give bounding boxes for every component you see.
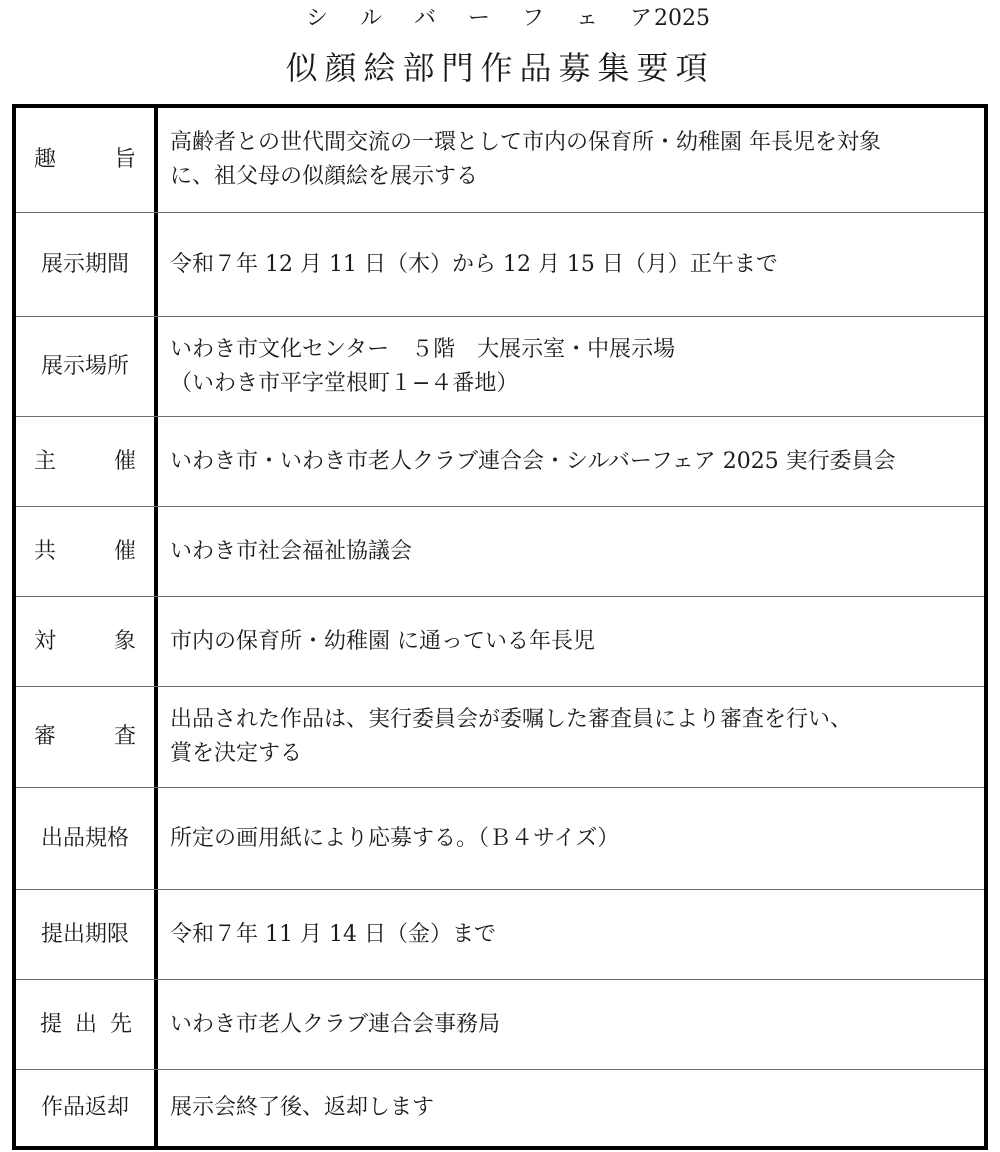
- row-content-line: いわき市社会福祉協議会: [170, 535, 412, 569]
- row-label: 審 査: [16, 687, 158, 787]
- row-content: いわき市老人クラブ連合会事務局: [158, 980, 984, 1069]
- row-content-line: 令和７年 12 月 11 日（木）から 12 月 15 日（月）正午まで: [170, 248, 778, 282]
- row-label-char: 趣: [34, 144, 56, 176]
- table-row-organizer: 主 催 いわき市・いわき市老人クラブ連合会・シルバーフェア 2025 実行委員会: [16, 416, 984, 506]
- subtitle-char: バ: [414, 4, 436, 34]
- table-row-exhibition-period: 展示期間 令和７年 12 月 11 日（木）から 12 月 15 日（月）正午ま…: [16, 212, 984, 316]
- row-content-line: に、祖父母の似顔絵を展示する: [170, 160, 881, 194]
- row-content-line: （いわき市平字堂根町１−４番地）: [170, 367, 675, 401]
- page-title: 似顔絵部門作品募集要項: [0, 46, 1000, 90]
- row-content: 高齢者との世代間交流の一環として市内の保育所・幼稚園 年長児を対象 に、祖父母の…: [158, 108, 984, 212]
- row-label-char: 査: [114, 721, 136, 753]
- row-content-line: いわき市老人クラブ連合会事務局: [170, 1008, 500, 1042]
- table-row-judging: 審 査 出品された作品は、実行委員会が委嘱した審査員により審査を行い、 賞を決定…: [16, 686, 984, 787]
- row-content-line: いわき市・いわき市老人クラブ連合会・シルバーフェア 2025 実行委員会: [170, 445, 896, 479]
- row-label-char: 旨: [114, 144, 136, 176]
- row-content: 所定の画用紙により応募する。（Ｂ４サイズ）: [158, 788, 984, 889]
- table-row-entry-specs: 出品規格 所定の画用紙により応募する。（Ｂ４サイズ）: [16, 787, 984, 889]
- row-label-char: 催: [114, 536, 136, 568]
- row-label-char: 主: [34, 446, 56, 478]
- row-content: 展示会終了後、返却します: [158, 1070, 984, 1146]
- table-row-co-organizer: 共 催 いわき市社会福祉協議会: [16, 506, 984, 596]
- subtitle-char: シ: [306, 4, 328, 34]
- row-label-char: 共: [34, 536, 56, 568]
- event-subtitle: シルバーフェア2025: [0, 4, 1000, 34]
- row-content-line: 市内の保育所・幼稚園 に通っている年長児: [170, 625, 595, 659]
- row-content: いわき市社会福祉協議会: [158, 507, 984, 596]
- row-content: 令和７年 12 月 11 日（木）から 12 月 15 日（月）正午まで: [158, 213, 984, 316]
- row-label: 提出期限: [16, 890, 158, 979]
- row-content-line: 出品された作品は、実行委員会が委嘱した審査員により審査を行い、: [170, 703, 852, 737]
- subtitle-char: フ: [522, 4, 544, 34]
- row-label: 対 象: [16, 597, 158, 686]
- table-row-deadline: 提出期限 令和７年 11 月 14 日（金）まで: [16, 889, 984, 979]
- row-content: 令和７年 11 月 14 日（金）まで: [158, 890, 984, 979]
- row-content-line: 令和７年 11 月 14 日（金）まで: [170, 918, 496, 952]
- row-label-char: 催: [114, 446, 136, 478]
- row-content: いわき市・いわき市老人クラブ連合会・シルバーフェア 2025 実行委員会: [158, 417, 984, 506]
- row-label-char: 先: [110, 1009, 132, 1041]
- row-label-char: 出: [75, 1009, 97, 1041]
- table-row-submit-to: 提 出 先 いわき市老人クラブ連合会事務局: [16, 979, 984, 1069]
- row-label: 出品規格: [16, 788, 158, 889]
- row-content-line: 所定の画用紙により応募する。（Ｂ４サイズ）: [170, 822, 619, 856]
- table-row-purpose: 趣 旨 高齢者との世代間交流の一環として市内の保育所・幼稚園 年長児を対象 に、…: [16, 108, 984, 212]
- row-label: 作品返却: [16, 1070, 158, 1146]
- subtitle-char: ル: [360, 4, 382, 34]
- row-label: 共 催: [16, 507, 158, 596]
- table-row-eligibility: 対 象 市内の保育所・幼稚園 に通っている年長児: [16, 596, 984, 686]
- row-content: 出品された作品は、実行委員会が委嘱した審査員により審査を行い、 賞を決定する: [158, 687, 984, 787]
- guidelines-table: 趣 旨 高齢者との世代間交流の一環として市内の保育所・幼稚園 年長児を対象 に、…: [12, 104, 988, 1150]
- row-label: 提 出 先: [16, 980, 158, 1069]
- row-content: 市内の保育所・幼稚園 に通っている年長児: [158, 597, 984, 686]
- row-label-char: 提: [40, 1009, 62, 1041]
- row-label: 展示場所: [16, 317, 158, 416]
- row-content-line: 賞を決定する: [170, 737, 852, 771]
- row-label: 展示期間: [16, 213, 158, 316]
- row-label-char: 審: [34, 721, 56, 753]
- row-label: 趣 旨: [16, 108, 158, 212]
- row-content-line: 展示会終了後、返却します: [170, 1091, 434, 1125]
- row-label-char: 対: [34, 626, 56, 658]
- table-row-return: 作品返却 展示会終了後、返却します: [16, 1069, 984, 1146]
- row-label-char: 象: [114, 626, 136, 658]
- subtitle-char: ー: [468, 4, 490, 34]
- row-label: 主 催: [16, 417, 158, 506]
- row-content-line: いわき市文化センター ５階 大展示室・中展示場: [170, 333, 675, 367]
- subtitle-char: ェ: [576, 4, 598, 34]
- subtitle-year: 2025: [654, 4, 710, 34]
- subtitle-char: ア: [630, 4, 652, 34]
- row-content: いわき市文化センター ５階 大展示室・中展示場 （いわき市平字堂根町１−４番地）: [158, 317, 984, 416]
- row-content-line: 高齢者との世代間交流の一環として市内の保育所・幼稚園 年長児を対象: [170, 126, 881, 160]
- table-row-exhibition-venue: 展示場所 いわき市文化センター ５階 大展示室・中展示場 （いわき市平字堂根町１…: [16, 316, 984, 416]
